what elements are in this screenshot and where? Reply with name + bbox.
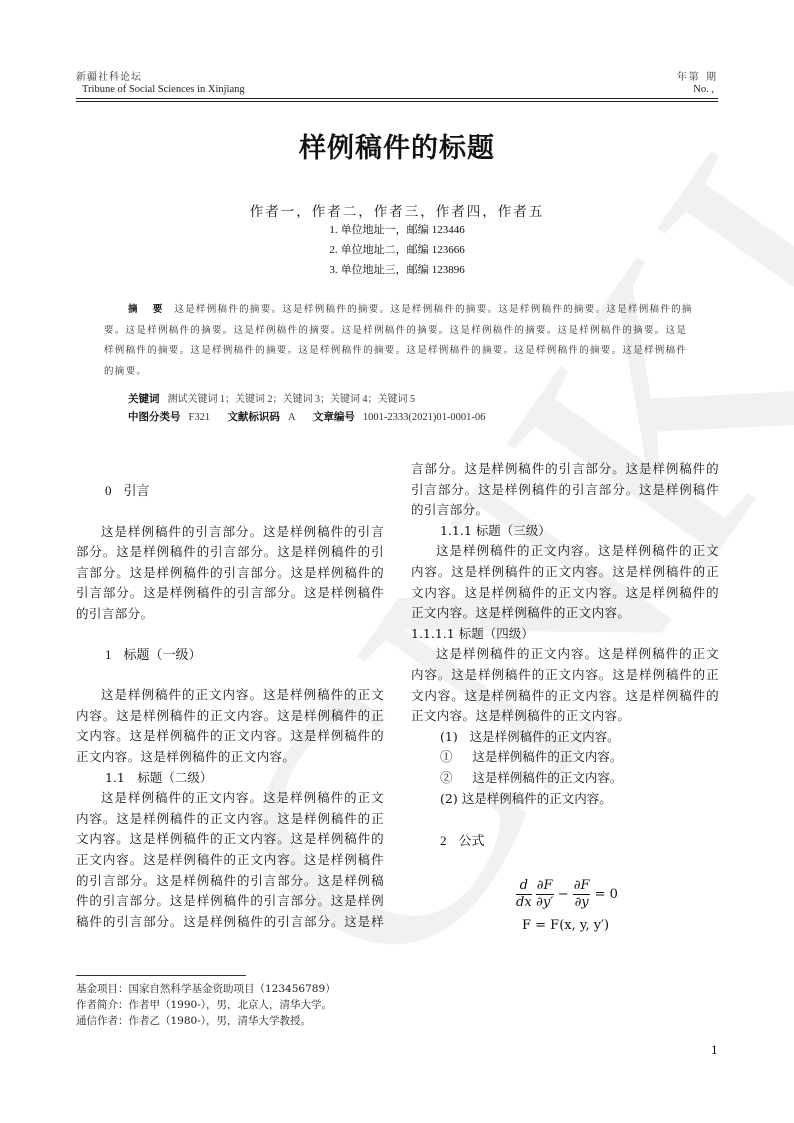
journal-name-en: Tribune of Social Sciences in Xinjiang xyxy=(82,84,245,95)
doc-code-value: A xyxy=(288,412,296,423)
footnote-funding: 基金项目：国家自然科学基金资助项目（123456789） xyxy=(76,981,336,996)
intro-paragraph: 这是样例稿件的引言部分。这是样例稿件的引言部分。这是样例稿件的引言部分。这是样例… xyxy=(76,522,384,625)
article-no-label: 文章编号 xyxy=(313,411,355,423)
header-rule xyxy=(76,98,718,102)
affiliation-num: 3. xyxy=(329,264,337,276)
keywords-label: 关键词 xyxy=(128,393,160,405)
list-item: ② 这是样例稿件的正文内容。 xyxy=(411,768,719,789)
list-item: (2) 这是样例稿件的正文内容。 xyxy=(411,789,719,810)
postal-code: 123666 xyxy=(432,244,465,256)
section-heading-1-1-1: 1.1.1 标题（三级） xyxy=(411,521,719,542)
section-1-1-paragraph-cont: 言部分。这是样例稿件的引言部分。这是样例稿件的引言部分。这是样例稿件的引言部分。… xyxy=(411,459,719,521)
section-heading-0: 0引言 xyxy=(76,481,384,502)
affiliation-text: 单位地址二，邮编 xyxy=(341,244,429,256)
section-heading-1-1: 1.1 标题（二级） xyxy=(76,768,384,789)
footnote-corresponding: 通信作者：作者乙（1980-），男，清华大学教授。 xyxy=(76,1013,311,1028)
doc-code-label: 文献标识码 xyxy=(227,411,280,423)
article-no-value: 1001-2333(2021)01-0001-06 xyxy=(363,412,485,423)
equation-1: ddx ∂F∂y′ − ∂F∂y = 0 xyxy=(516,878,618,911)
issue-cn: 年第 期 xyxy=(677,68,718,83)
affiliation-num: 2. xyxy=(329,244,337,256)
section-1-1-1-paragraph: 这是样例稿件的正文内容。这是样例稿件的正文内容。这是样例稿件的正文内容。这是样例… xyxy=(411,541,719,623)
footnote-rule xyxy=(76,975,246,976)
keywords-text: 测试关键词 1；关键词 2；关键词 3；关键词 4；关键词 5 xyxy=(168,394,416,405)
equation-2: F = F(x, y, y′) xyxy=(522,918,609,933)
section-heading-2: 2公式 xyxy=(411,831,719,852)
postal-code: 123446 xyxy=(432,224,465,236)
journal-name-cn: 新疆社科论坛 xyxy=(76,68,142,83)
section-1-1-paragraph: 这是样例稿件的正文内容。这是样例稿件的正文内容。这是样例稿件的正文内容。这是样例… xyxy=(76,788,384,932)
clc-value: F321 xyxy=(189,412,211,423)
keywords: 关键词测试关键词 1；关键词 2；关键词 3；关键词 4；关键词 5 xyxy=(128,390,429,406)
left-column: 0引言 这是样例稿件的引言部分。这是样例稿件的引言部分。这是样例稿件的引言部分。… xyxy=(76,481,384,932)
affiliation-3: 3. 单位地址三，邮编 123896 xyxy=(0,261,794,277)
paper-title: 样例稿件的标题 xyxy=(0,126,794,165)
right-column: 言部分。这是样例稿件的引言部分。这是样例稿件的引言部分。这是样例稿件的引言部分。… xyxy=(411,459,719,852)
section-1-1-1-1-paragraph: 这是样例稿件的正文内容。这是样例稿件的正文内容。这是样例稿件的正文内容。这是样例… xyxy=(411,644,719,726)
abstract-text: 这是样例稿件的摘要。这是样例稿件的摘要。这是样例稿件的摘要。这是样例稿件的摘要。… xyxy=(104,304,693,377)
affiliation-num: 1. xyxy=(329,224,337,236)
list-item: (1) 这是样例稿件的正文内容。 xyxy=(411,727,719,748)
issue-en: No. , xyxy=(693,84,714,95)
footnote-author-bio: 作者简介：作者甲（1990-），男，北京人，清华大学。 xyxy=(76,997,332,1012)
abstract: 摘 要这是样例稿件的摘要。这是样例稿件的摘要。这是样例稿件的摘要。这是样例稿件的… xyxy=(104,300,694,382)
clc-label: 中图分类号 xyxy=(128,411,181,423)
classification: 中图分类号F321 文献标识码A 文章编号1001-2333(2021)01-0… xyxy=(128,409,499,424)
abstract-label: 摘 要 xyxy=(128,304,168,315)
affiliation-2: 2. 单位地址二，邮编 123666 xyxy=(0,241,794,257)
affiliation-1: 1. 单位地址一，邮编 123446 xyxy=(0,221,794,237)
list-item: ① 这是样例稿件的正文内容。 xyxy=(411,747,719,768)
section-heading-1-1-1-1: 1.1.1.1 标题（四级） xyxy=(411,624,719,645)
section-1-paragraph: 这是样例稿件的正文内容。这是样例稿件的正文内容。这是样例稿件的正文内容。这是样例… xyxy=(76,685,384,767)
postal-code: 123896 xyxy=(432,264,465,276)
affiliation-text: 单位地址一，邮编 xyxy=(341,224,429,236)
author-list: 作者一，作者二，作者三，作者四，作者五 xyxy=(0,200,794,220)
page-number: 1 xyxy=(711,1044,718,1057)
section-heading-1: 1标题（一级） xyxy=(76,645,384,666)
affiliation-text: 单位地址三，邮编 xyxy=(341,264,429,276)
